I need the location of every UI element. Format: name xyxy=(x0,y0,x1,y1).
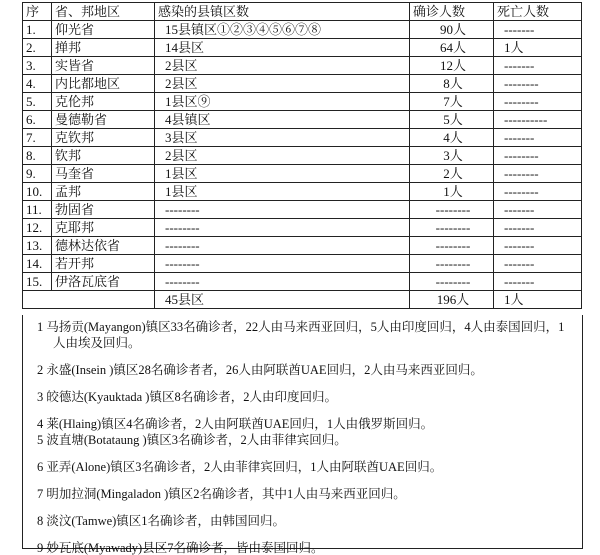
table-row: 2.掸邦14县区64人1人 xyxy=(23,39,582,57)
row-deaths: ------- xyxy=(494,273,582,291)
row-confirmed: 5人 xyxy=(410,111,494,129)
row-confirmed: 64人 xyxy=(410,39,494,57)
row-region: 钦邦 xyxy=(52,147,155,165)
row-no: 3. xyxy=(23,57,52,75)
row-districts: 15县镇区①②③④⑤⑥⑦⑧ xyxy=(155,21,410,39)
row-region: 若开邦 xyxy=(52,255,155,273)
row-deaths: ------- xyxy=(494,255,582,273)
footnote-3: 3 皎德达(Kyauktada )镇区8名确诊者，2人由印度回归。 xyxy=(37,389,572,405)
table-row: 12.克耶邦----------------------- xyxy=(23,219,582,237)
row-no: 10. xyxy=(23,183,52,201)
row-deaths: ------- xyxy=(494,57,582,75)
row-region: 内比都地区 xyxy=(52,75,155,93)
footnote-8: 8 淡汶(Tamwe)镇区1名确诊者，由韩国回归。 xyxy=(37,513,572,529)
row-region: 伊洛瓦底省 xyxy=(52,273,155,291)
total-deaths: 1人 xyxy=(494,291,582,309)
row-no: 1. xyxy=(23,21,52,39)
footnote-1: 1 马扬贡(Mayangon)镇区33名确诊者，22人由马来西亚回归，5人由印度… xyxy=(37,319,572,351)
row-districts: -------- xyxy=(155,201,410,219)
table-row: 11.勃固省----------------------- xyxy=(23,201,582,219)
row-deaths: -------- xyxy=(494,93,582,111)
row-deaths: ------- xyxy=(494,201,582,219)
row-deaths: -------- xyxy=(494,183,582,201)
table-row: 7.克钦邦3县区4人------- xyxy=(23,129,582,147)
header-region: 省、邦地区 xyxy=(52,3,155,21)
row-confirmed: -------- xyxy=(410,255,494,273)
table-row: 1.仰光省15县镇区①②③④⑤⑥⑦⑧90人------- xyxy=(23,21,582,39)
row-region: 勃固省 xyxy=(52,201,155,219)
row-no: 15. xyxy=(23,273,52,291)
footnote-7: 7 明加拉洞(Mingaladon )镇区2名确诊者，其中1人由马来西亚回归。 xyxy=(37,486,572,502)
row-districts: 2县区 xyxy=(155,57,410,75)
row-deaths: ---------- xyxy=(494,111,582,129)
header-confirmed: 确诊人数 xyxy=(410,3,494,21)
table-row: 9.马奎省1县区2人-------- xyxy=(23,165,582,183)
row-region: 掸邦 xyxy=(52,39,155,57)
footnote-5: 5 波直塘(Botataung )镇区3名确诊者，2人由菲律宾回归。 xyxy=(37,432,572,448)
row-no: 4. xyxy=(23,75,52,93)
header-deaths: 死亡人数 xyxy=(494,3,582,21)
footnote-6: 6 亚弄(Alone)镇区3名确诊者，2人由菲律宾回归，1人由阿联酋UAE回归。 xyxy=(37,459,572,475)
table-header-row: 序 省、邦地区 感染的县镇区数 确诊人数 死亡人数 xyxy=(23,3,582,21)
row-districts: -------- xyxy=(155,237,410,255)
row-deaths: ------- xyxy=(494,21,582,39)
covid-cases-table: 序 省、邦地区 感染的县镇区数 确诊人数 死亡人数 1.仰光省15县镇区①②③④… xyxy=(22,2,582,309)
table-row: 8.钦邦2县区3人-------- xyxy=(23,147,582,165)
footnote-2: 2 永盛(Insein )镇区28名确诊者者，26人由阿联酋UAE回归，2人由马… xyxy=(37,362,572,378)
row-no: 8. xyxy=(23,147,52,165)
header-no: 序 xyxy=(23,3,52,21)
row-districts: -------- xyxy=(155,219,410,237)
row-no: 5. xyxy=(23,93,52,111)
row-no: 6. xyxy=(23,111,52,129)
row-districts: 4县镇区 xyxy=(155,111,410,129)
row-confirmed: -------- xyxy=(410,219,494,237)
row-confirmed: -------- xyxy=(410,273,494,291)
row-confirmed: 4人 xyxy=(410,129,494,147)
table-total-row: 45县区 196人 1人 xyxy=(23,291,582,309)
row-districts: 2县区 xyxy=(155,75,410,93)
row-deaths: -------- xyxy=(494,75,582,93)
total-confirmed: 196人 xyxy=(410,291,494,309)
row-districts: 1县区 xyxy=(155,183,410,201)
total-districts: 45县区 xyxy=(155,291,410,309)
table-row: 14.若开邦----------------------- xyxy=(23,255,582,273)
row-districts: 2县区 xyxy=(155,147,410,165)
total-label-cell xyxy=(23,291,155,309)
row-deaths: ------- xyxy=(494,129,582,147)
row-region: 德林达依省 xyxy=(52,237,155,255)
row-region: 实皆省 xyxy=(52,57,155,75)
row-districts: 3县区 xyxy=(155,129,410,147)
row-no: 2. xyxy=(23,39,52,57)
row-deaths: 1人 xyxy=(494,39,582,57)
row-confirmed: 2人 xyxy=(410,165,494,183)
row-confirmed: -------- xyxy=(410,201,494,219)
row-districts: -------- xyxy=(155,273,410,291)
row-confirmed: 7人 xyxy=(410,93,494,111)
table-row: 4.内比都地区2县区8人-------- xyxy=(23,75,582,93)
table-row: 13.德林达依省----------------------- xyxy=(23,237,582,255)
row-no: 13. xyxy=(23,237,52,255)
row-confirmed: 90人 xyxy=(410,21,494,39)
row-confirmed: 8人 xyxy=(410,75,494,93)
row-districts: -------- xyxy=(155,255,410,273)
row-deaths: ------- xyxy=(494,237,582,255)
row-no: 11. xyxy=(23,201,52,219)
row-region: 孟邦 xyxy=(52,183,155,201)
row-region: 仰光省 xyxy=(52,21,155,39)
row-region: 马奎省 xyxy=(52,165,155,183)
row-deaths: -------- xyxy=(494,165,582,183)
row-region: 克耶邦 xyxy=(52,219,155,237)
footnote-4: 4 莱(Hlaing)镇区4名确诊者，2人由阿联酋UAE回归，1人由俄罗斯回归。 xyxy=(37,416,572,432)
header-districts: 感染的县镇区数 xyxy=(155,3,410,21)
row-region: 克钦邦 xyxy=(52,129,155,147)
table-body: 1.仰光省15县镇区①②③④⑤⑥⑦⑧90人-------2.掸邦14县区64人1… xyxy=(23,21,582,291)
row-confirmed: 1人 xyxy=(410,183,494,201)
row-no: 9. xyxy=(23,165,52,183)
row-deaths: -------- xyxy=(494,147,582,165)
table-row: 6.曼德勒省4县镇区5人---------- xyxy=(23,111,582,129)
row-districts: 14县区 xyxy=(155,39,410,57)
row-deaths: ------- xyxy=(494,219,582,237)
row-no: 14. xyxy=(23,255,52,273)
row-confirmed: 3人 xyxy=(410,147,494,165)
row-region: 克伦邦 xyxy=(52,93,155,111)
table-row: 3.实皆省2县区12人------- xyxy=(23,57,582,75)
row-region: 曼德勒省 xyxy=(52,111,155,129)
table-row: 10.孟邦1县区1人-------- xyxy=(23,183,582,201)
row-districts: 1县区 xyxy=(155,165,410,183)
row-confirmed: -------- xyxy=(410,237,494,255)
row-districts: 1县区⑨ xyxy=(155,93,410,111)
row-no: 7. xyxy=(23,129,52,147)
footnote-9: 9 妙瓦底(Myawady)县区7名确诊者，皆由泰国回归。 xyxy=(37,540,572,555)
table-row: 15.伊洛瓦底省----------------------- xyxy=(23,273,582,291)
row-confirmed: 12人 xyxy=(410,57,494,75)
row-no: 12. xyxy=(23,219,52,237)
footnotes-box: 1 马扬贡(Mayangon)镇区33名确诊者，22人由马来西亚回归，5人由印度… xyxy=(22,315,583,549)
table-row: 5.克伦邦1县区⑨7人-------- xyxy=(23,93,582,111)
